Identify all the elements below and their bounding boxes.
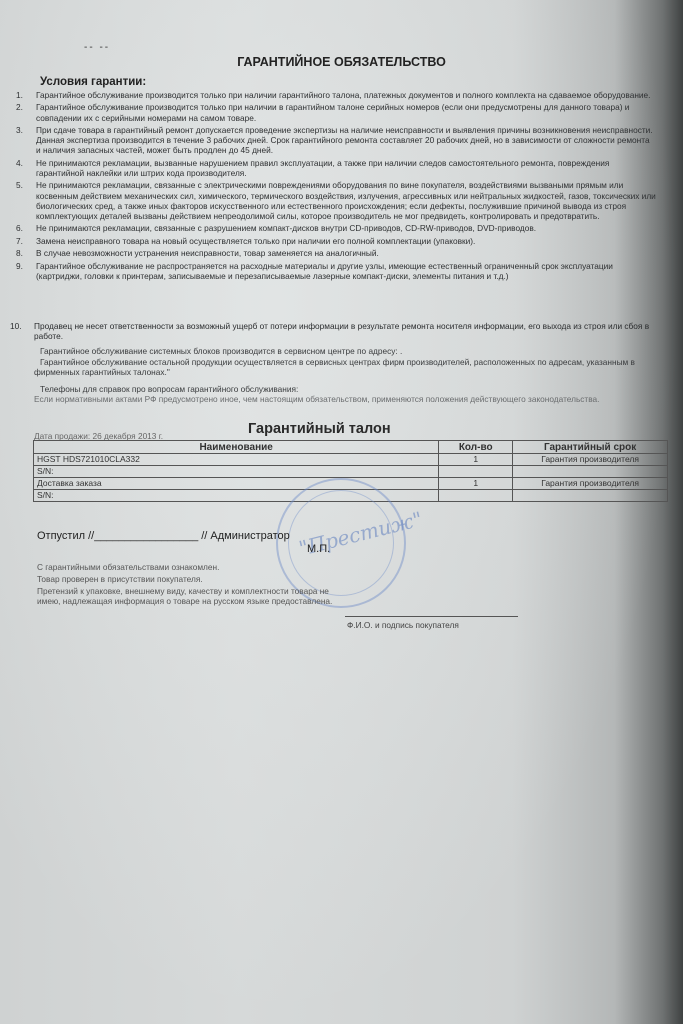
column-header-qty: Кол-во	[439, 441, 513, 454]
condition-item: 5.Не принимаются рекламации, связанные с…	[16, 180, 656, 221]
condition-item: 2.Гарантийное обслуживание производится …	[16, 102, 656, 122]
condition-text: Не принимаются рекламации, вызванные нар…	[36, 158, 609, 178]
condition-text: При сдаче товара в гарантийный ремонт до…	[36, 125, 653, 155]
conditions-list: 1.Гарантийное обслуживание производится …	[16, 90, 656, 283]
ack-conditions: С гарантийными обязательствами ознакомле…	[37, 562, 337, 572]
cell-term: Гарантия производителя	[513, 478, 668, 490]
released-by-line: Отпустил //_________________ // Админист…	[37, 530, 290, 542]
condition-text: Замена неисправного товара на новый осущ…	[36, 236, 475, 246]
cell-term	[513, 490, 668, 502]
cell-name: Доставка заказа	[34, 478, 439, 490]
buyer-signature-line	[345, 616, 518, 617]
document-title: ГАРАНТИЙНОЕ ОБЯЗАТЕЛЬСТВО	[0, 55, 683, 69]
condition-text: Гарантийное обслуживание производится то…	[36, 102, 629, 122]
condition-number: 8.	[16, 248, 23, 258]
condition-number: 4.	[16, 158, 23, 168]
legal-note: Если нормативными актами РФ предусмотрен…	[34, 394, 634, 404]
condition-number: 10.	[10, 321, 22, 331]
cell-qty	[439, 490, 513, 502]
table-row: S/N:	[34, 466, 668, 478]
condition-number: 6.	[16, 223, 23, 233]
column-header-name: Наименование	[34, 441, 439, 454]
condition-number: 5.	[16, 180, 23, 190]
condition-number: 1.	[16, 90, 23, 100]
condition-text: Не принимаются рекламации, связанные с э…	[36, 180, 656, 221]
cell-qty	[439, 466, 513, 478]
cell-name: HGST HDS721010CLA332	[34, 454, 439, 466]
condition-item-10: 10. Продавец не несет ответственности за…	[10, 321, 650, 342]
phones-line: Телефоны для справок про вопросам гарант…	[34, 384, 660, 394]
cell-qty: 1	[439, 454, 513, 466]
service-other: Гарантийное обслуживание остальной проду…	[34, 357, 654, 378]
service-system-units: Гарантийное обслуживание системных блоко…	[34, 346, 660, 356]
column-header-term: Гарантийный срок	[513, 441, 668, 454]
table-row: HGST HDS721010CLA332 1 Гарантия производ…	[34, 454, 668, 466]
warranty-document: -- -- ГАРАНТИЙНОЕ ОБЯЗАТЕЛЬСТВО Условия …	[0, 0, 683, 1024]
condition-text: Гарантийное обслуживание производится то…	[36, 90, 650, 100]
cell-term	[513, 466, 668, 478]
buyer-signature-label: Ф.И.О. и подпись покупателя	[347, 620, 459, 630]
condition-number: 2.	[16, 102, 23, 112]
conditions-heading: Условия гарантии:	[40, 76, 146, 88]
condition-text: Гарантийное обслуживание не распространя…	[36, 261, 613, 281]
condition-item: 3.При сдаче товара в гарантийный ремонт …	[16, 125, 656, 156]
condition-item: 7.Замена неисправного товара на новый ос…	[16, 236, 656, 246]
ack-checked: Товар проверен в присутствии покупателя.	[37, 574, 337, 584]
ack-no-claims: Претензий к упаковке, внешнему виду, кач…	[37, 586, 342, 607]
handwritten-marks: -- --	[84, 42, 110, 53]
seal-place-label: М.П.	[307, 543, 330, 555]
condition-item: 4.Не принимаются рекламации, вызванные н…	[16, 158, 656, 178]
condition-text: В случае невозможности устранения неиспр…	[36, 248, 379, 258]
condition-item: 8.В случае невозможности устранения неис…	[16, 248, 656, 258]
condition-number: 7.	[16, 236, 23, 246]
condition-text: Не принимаются рекламации, связанные с р…	[36, 223, 536, 233]
cell-qty: 1	[439, 478, 513, 490]
condition-number: 9.	[16, 261, 23, 271]
condition-text: Продавец не несет ответственности за воз…	[34, 321, 649, 341]
cell-term: Гарантия производителя	[513, 454, 668, 466]
cell-name: S/N:	[34, 466, 439, 478]
condition-item: 6.Не принимаются рекламации, связанные с…	[16, 223, 656, 233]
condition-item: 1.Гарантийное обслуживание производится …	[16, 90, 656, 100]
talon-title: Гарантийный талон	[248, 421, 391, 437]
condition-item: 9.Гарантийное обслуживание не распростра…	[16, 261, 656, 281]
condition-number: 3.	[16, 125, 23, 135]
table-header-row: Наименование Кол-во Гарантийный срок	[34, 441, 668, 454]
